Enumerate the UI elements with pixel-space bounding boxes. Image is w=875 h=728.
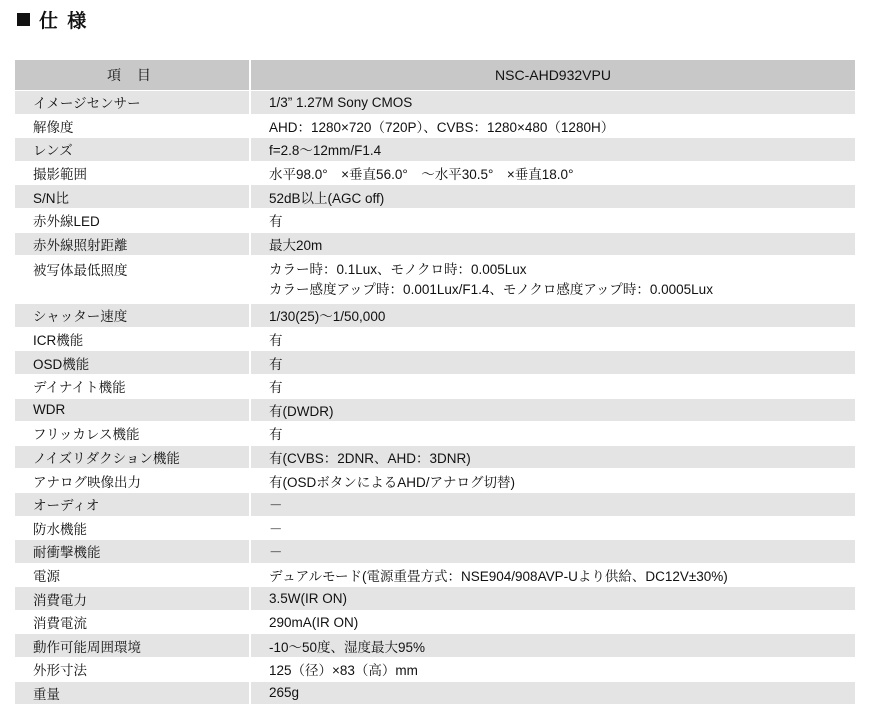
spec-label: フリッカレス機能 — [15, 422, 250, 446]
section-title-text: 仕 様 — [39, 6, 88, 33]
spec-value: 有(OSDボタンによるAHD/アナログ切替) — [250, 469, 855, 493]
table-row: デイナイト機能有 — [15, 374, 855, 398]
spec-label: 赤外線LED — [15, 208, 250, 232]
square-bullet-icon — [17, 13, 30, 26]
spec-label: アナログ映像出力 — [15, 469, 250, 493]
spec-value: -10～50度、湿度最大95% — [250, 634, 855, 658]
table-row: 赤外線LED有 — [15, 208, 855, 232]
spec-label: 赤外線照射距離 — [15, 232, 250, 256]
spec-value: 水平98.0° ×垂直56.0° ～水平30.5° ×垂直18.0° — [250, 161, 855, 185]
spec-label: 電源 — [15, 563, 250, 587]
spec-value-line: 3.5W(IR ON) — [269, 591, 855, 606]
spec-label: ICR機能 — [15, 327, 250, 351]
table-row: アナログ映像出力有(OSDボタンによるAHD/アナログ切替) — [15, 469, 855, 493]
spec-value-line: 有(CVBS：2DNR、AHD：3DNR) — [269, 447, 855, 467]
table-row: ノイズリダクション機能有(CVBS：2DNR、AHD：3DNR) — [15, 445, 855, 469]
spec-value-line: 有(DWDR) — [269, 400, 855, 420]
spec-value: － — [250, 540, 855, 564]
table-row: 動作可能周囲環境-10～50度、湿度最大95% — [15, 634, 855, 658]
spec-value: 有 — [250, 351, 855, 375]
spec-value-line: 290mA(IR ON) — [269, 615, 855, 630]
spec-label: シャッター速度 — [15, 304, 250, 328]
spec-label: 被写体最低照度 — [15, 256, 250, 304]
spec-value-line: 52dB以上(AGC off) — [269, 187, 855, 207]
table-row: オーディオ－ — [15, 492, 855, 516]
spec-value-line: カラー時：0.1Lux、モノクロ時：0.005Lux — [269, 260, 855, 280]
table-row: 撮影範囲水平98.0° ×垂直56.0° ～水平30.5° ×垂直18.0° — [15, 161, 855, 185]
spec-value-line: － — [269, 541, 855, 561]
table-row: OSD機能有 — [15, 351, 855, 375]
spec-table-header: 項 目 NSC-AHD932VPU — [15, 60, 855, 91]
table-row: WDR有(DWDR) — [15, 398, 855, 422]
table-row: シャッター速度1/30(25)～1/50,000 — [15, 304, 855, 328]
spec-label: 消費電流 — [15, 610, 250, 634]
spec-value: 有 — [250, 422, 855, 446]
spec-label: 消費電力 — [15, 587, 250, 611]
spec-value: カラー時：0.1Lux、モノクロ時：0.005Luxカラー感度アップ時：0.00… — [250, 256, 855, 304]
spec-value-line: 有(OSDボタンによるAHD/アナログ切替) — [269, 471, 855, 491]
spec-value: 有 — [250, 374, 855, 398]
table-row: S/N比52dB以上(AGC off) — [15, 185, 855, 209]
spec-value-line: 最大20m — [269, 234, 855, 254]
header-item: 項 目 — [15, 60, 250, 91]
spec-label: 動作可能周囲環境 — [15, 634, 250, 658]
table-row: ICR機能有 — [15, 327, 855, 351]
spec-label: レンズ — [15, 138, 250, 162]
spec-label: 外形寸法 — [15, 658, 250, 682]
spec-value-line: f=2.8～12mm/F1.4 — [269, 139, 855, 159]
spec-value: 1/30(25)～1/50,000 — [250, 304, 855, 328]
table-row: レンズf=2.8～12mm/F1.4 — [15, 138, 855, 162]
table-row: 消費電力3.5W(IR ON) — [15, 587, 855, 611]
spec-label: 撮影範囲 — [15, 161, 250, 185]
spec-value: デュアルモード(電源重畳方式：NSE904/908AVP-Uより供給、DC12V… — [250, 563, 855, 587]
spec-label: ノイズリダクション機能 — [15, 445, 250, 469]
spec-value: 最大20m — [250, 232, 855, 256]
header-model: NSC-AHD932VPU — [250, 60, 855, 91]
spec-label: 重量 — [15, 681, 250, 705]
spec-value: － — [250, 516, 855, 540]
spec-label: 解像度 — [15, 114, 250, 138]
spec-value-line: 水平98.0° ×垂直56.0° ～水平30.5° ×垂直18.0° — [269, 163, 855, 183]
spec-table: 項 目 NSC-AHD932VPU イメージセンサー1/3” 1.27M Son… — [15, 60, 855, 705]
spec-value: 有(DWDR) — [250, 398, 855, 422]
spec-value: 290mA(IR ON) — [250, 610, 855, 634]
table-row: 防水機能－ — [15, 516, 855, 540]
spec-value-line: デュアルモード(電源重畳方式：NSE904/908AVP-Uより供給、DC12V… — [269, 565, 855, 585]
spec-value: 265g — [250, 681, 855, 705]
spec-value-line: 有 — [269, 329, 855, 349]
spec-value-line: カラー感度アップ時：0.001Lux/F1.4、モノクロ感度アップ時：0.000… — [269, 280, 855, 300]
spec-label: WDR — [15, 398, 250, 422]
table-row: イメージセンサー1/3” 1.27M Sony CMOS — [15, 91, 855, 115]
spec-label: OSD機能 — [15, 351, 250, 375]
spec-value-line: 1/30(25)～1/50,000 — [269, 305, 855, 325]
spec-value-line: 有 — [269, 376, 855, 396]
spec-value-line: － — [269, 518, 855, 538]
table-row: 被写体最低照度カラー時：0.1Lux、モノクロ時：0.005Luxカラー感度アッ… — [15, 256, 855, 304]
spec-value: － — [250, 492, 855, 516]
spec-value: 有 — [250, 327, 855, 351]
spec-value-line: 265g — [269, 685, 855, 700]
spec-value-line: 125（径）×83（高）mm — [269, 659, 855, 679]
spec-value: 有 — [250, 208, 855, 232]
spec-label: オーディオ — [15, 492, 250, 516]
spec-value-line: 有 — [269, 353, 855, 373]
spec-value: AHD：1280×720（720P）、CVBS：1280×480（1280H） — [250, 114, 855, 138]
spec-label: S/N比 — [15, 185, 250, 209]
spec-value: 125（径）×83（高）mm — [250, 658, 855, 682]
spec-label: デイナイト機能 — [15, 374, 250, 398]
spec-value: 3.5W(IR ON) — [250, 587, 855, 611]
table-row: フリッカレス機能有 — [15, 422, 855, 446]
spec-value-line: -10～50度、湿度最大95% — [269, 636, 855, 656]
spec-value: f=2.8～12mm/F1.4 — [250, 138, 855, 162]
table-row: 電源デュアルモード(電源重畳方式：NSE904/908AVP-Uより供給、DC1… — [15, 563, 855, 587]
spec-value-line: AHD：1280×720（720P）、CVBS：1280×480（1280H） — [269, 116, 855, 136]
spec-value-line: 有 — [269, 423, 855, 443]
table-row: 赤外線照射距離最大20m — [15, 232, 855, 256]
spec-value: 有(CVBS：2DNR、AHD：3DNR) — [250, 445, 855, 469]
spec-value-line: － — [269, 494, 855, 514]
spec-value-line: 1/3” 1.27M Sony CMOS — [269, 95, 855, 110]
table-row: 消費電流290mA(IR ON) — [15, 610, 855, 634]
spec-value: 1/3” 1.27M Sony CMOS — [250, 91, 855, 115]
spec-value: 52dB以上(AGC off) — [250, 185, 855, 209]
table-row: 解像度AHD：1280×720（720P）、CVBS：1280×480（1280… — [15, 114, 855, 138]
spec-label: イメージセンサー — [15, 91, 250, 115]
spec-table-body: イメージセンサー1/3” 1.27M Sony CMOS解像度AHD：1280×… — [15, 91, 855, 705]
spec-label: 耐衝撃機能 — [15, 540, 250, 564]
section-title: 仕 様 — [17, 6, 88, 33]
spec-label: 防水機能 — [15, 516, 250, 540]
table-row: 耐衝撃機能－ — [15, 540, 855, 564]
table-row: 外形寸法125（径）×83（高）mm — [15, 658, 855, 682]
spec-value-line: 有 — [269, 210, 855, 230]
table-row: 重量265g — [15, 681, 855, 705]
